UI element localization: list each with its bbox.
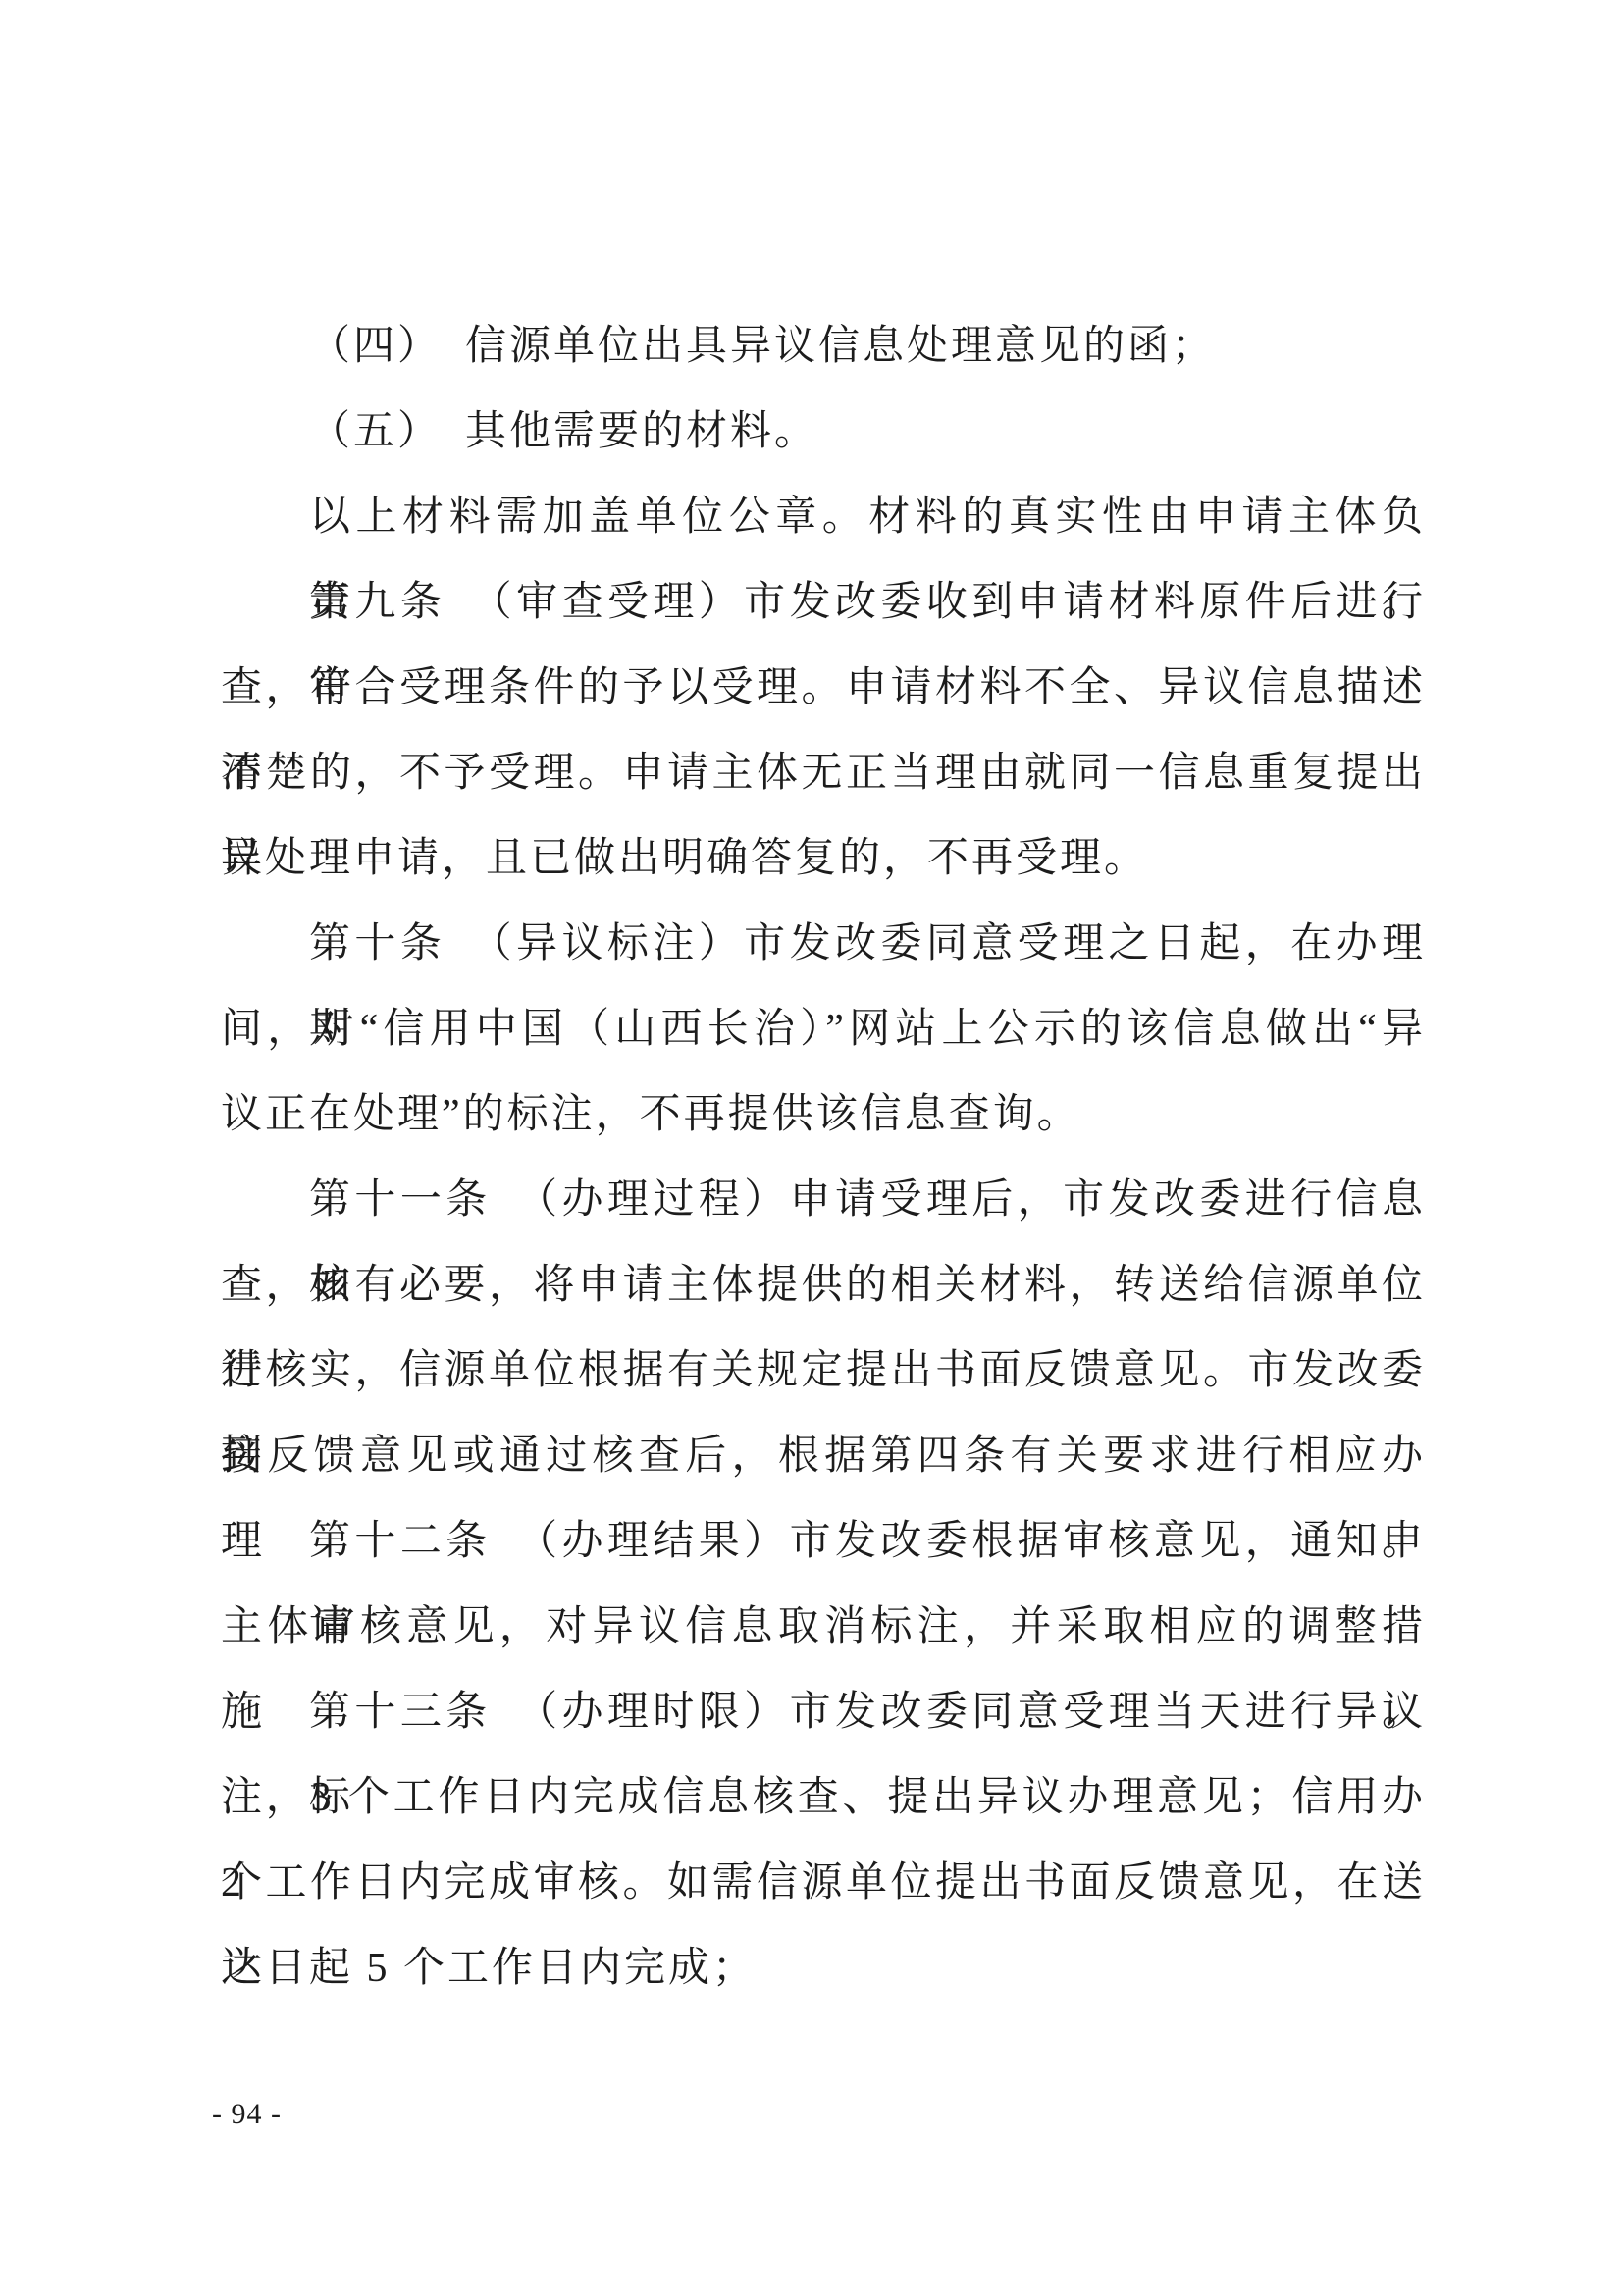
text-line: 到反馈意见或通过核查后，根据第四条有关要求进行相应办理。 — [221, 1414, 1426, 1499]
text-line: 议正在处理”的标注，不再提供该信息查询。 — [221, 1072, 1426, 1158]
page-number: - 94 - — [212, 2098, 282, 2131]
text-line: 之日起 5 个工作日内完成； — [221, 1926, 1426, 2011]
text-line: 间，对“信用中国（山西长治）”网站上公示的该信息做出“异 — [221, 987, 1426, 1072]
document-body: （四） 信源单位出具异议信息处理意见的函； （五） 其他需要的材料。 以上材料需… — [221, 304, 1426, 2011]
text-line: 查，如有必要，将申请主体提供的相关材料，转送给信源单位进 — [221, 1243, 1426, 1329]
document-page: （四） 信源单位出具异议信息处理意见的函； （五） 其他需要的材料。 以上材料需… — [0, 0, 1624, 2296]
text-line: 第十一条 （办理过程）申请受理后，市发改委进行信息核 — [221, 1158, 1426, 1243]
text-line: 个工作日内完成审核。如需信源单位提出书面反馈意见，在送达 — [221, 1841, 1426, 1926]
text-line: 以上材料需加盖单位公章。材料的真实性由申请主体负责。 — [221, 475, 1426, 560]
text-line: （四） 信源单位出具异议信息处理意见的函； — [221, 304, 1426, 390]
text-line: 议处理申请，且已做出明确答复的，不再受理。 — [221, 816, 1426, 902]
text-line: 第十三条 （办理时限）市发改委同意受理当天进行异议标 — [221, 1670, 1426, 1755]
text-line: 主体审核意见，对异议信息取消标注，并采取相应的调整措施。 — [221, 1585, 1426, 1670]
text-line: 查，符合受理条件的予以受理。申请材料不全、异议信息描述不 — [221, 646, 1426, 731]
text-line: 行核实，信源单位根据有关规定提出书面反馈意见。市发改委接 — [221, 1329, 1426, 1414]
text-line: 第十条 （异议标注）市发改委同意受理之日起，在办理期 — [221, 902, 1426, 987]
text-line: （五） 其他需要的材料。 — [221, 390, 1426, 475]
text-line: 注，3 个工作日内完成信息核查、提出异议办理意见；信用办 2 — [221, 1755, 1426, 1841]
text-line: 第十二条 （办理结果）市发改委根据审核意见，通知申请 — [221, 1499, 1426, 1585]
text-line: 清楚的，不予受理。申请主体无正当理由就同一信息重复提出异 — [221, 731, 1426, 816]
text-line: 第九条 （审查受理）市发改委收到申请材料原件后进行审 — [221, 560, 1426, 646]
